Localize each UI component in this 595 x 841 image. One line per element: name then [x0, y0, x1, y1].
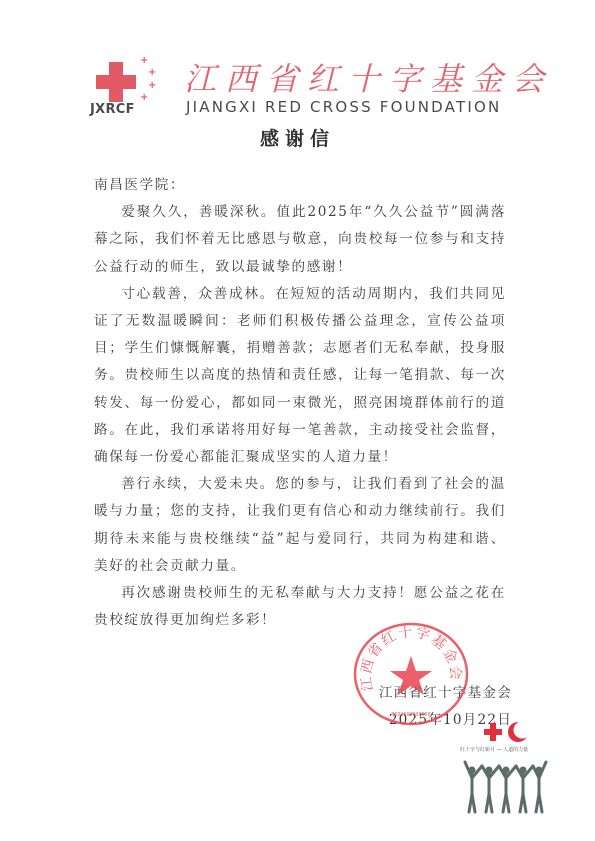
small-cross-icon: +: [148, 68, 156, 78]
paragraph: 爱聚久久，善暖深秋。值此2025年“久久公益节”圆满落幕之际，我们怀着无比感恩与…: [94, 199, 506, 281]
small-cross-icon: +: [148, 81, 156, 91]
salutation: 南昌医学院：: [94, 172, 506, 199]
red-cross-red-crescent-emblem: 红十字与红新月 — 人道的力量: [460, 716, 550, 826]
small-cross-icon: +: [140, 56, 148, 66]
red-cross-crescent-icon: [478, 720, 538, 744]
emblem-tagline: 红十字与红新月 — 人道的力量: [460, 746, 560, 753]
small-cross-icon: +: [140, 93, 148, 103]
red-cross-icon: [96, 62, 136, 102]
jxrcf-logo: + + + + JXRCF: [90, 56, 160, 120]
signature-organization: 江西省红十字基金会: [300, 680, 512, 707]
letterhead: + + + + JXRCF 江西省红十字基金会 JIANGXI RED CROS…: [84, 52, 514, 122]
paragraph: 再次感谢贵校师生的无私奉献与大力支持！愿公益之花在贵校绽放得更加绚烂多彩！: [94, 580, 506, 634]
org-name-chinese: 江西省红十字基金会: [184, 54, 553, 100]
letter-title: 感谢信: [0, 124, 595, 151]
paragraph: 善行永续，大爱未央。您的参与，让我们看到了社会的温暖与力量；您的支持，让我们更有…: [94, 471, 506, 580]
logo-abbreviation: JXRCF: [90, 102, 135, 117]
org-name-english: JIANGXI RED CROSS FOUNDATION: [186, 98, 501, 116]
people-holding-hands-icon: [462, 756, 548, 816]
letter-body: 南昌医学院： 爱聚久久，善暖深秋。值此2025年“久久公益节”圆满落幕之际，我们…: [94, 172, 506, 634]
paragraph: 寸心载善，众善成林。在短短的活动周期内，我们共同见证了无数温暖瞬间：老师们积极传…: [94, 281, 506, 471]
